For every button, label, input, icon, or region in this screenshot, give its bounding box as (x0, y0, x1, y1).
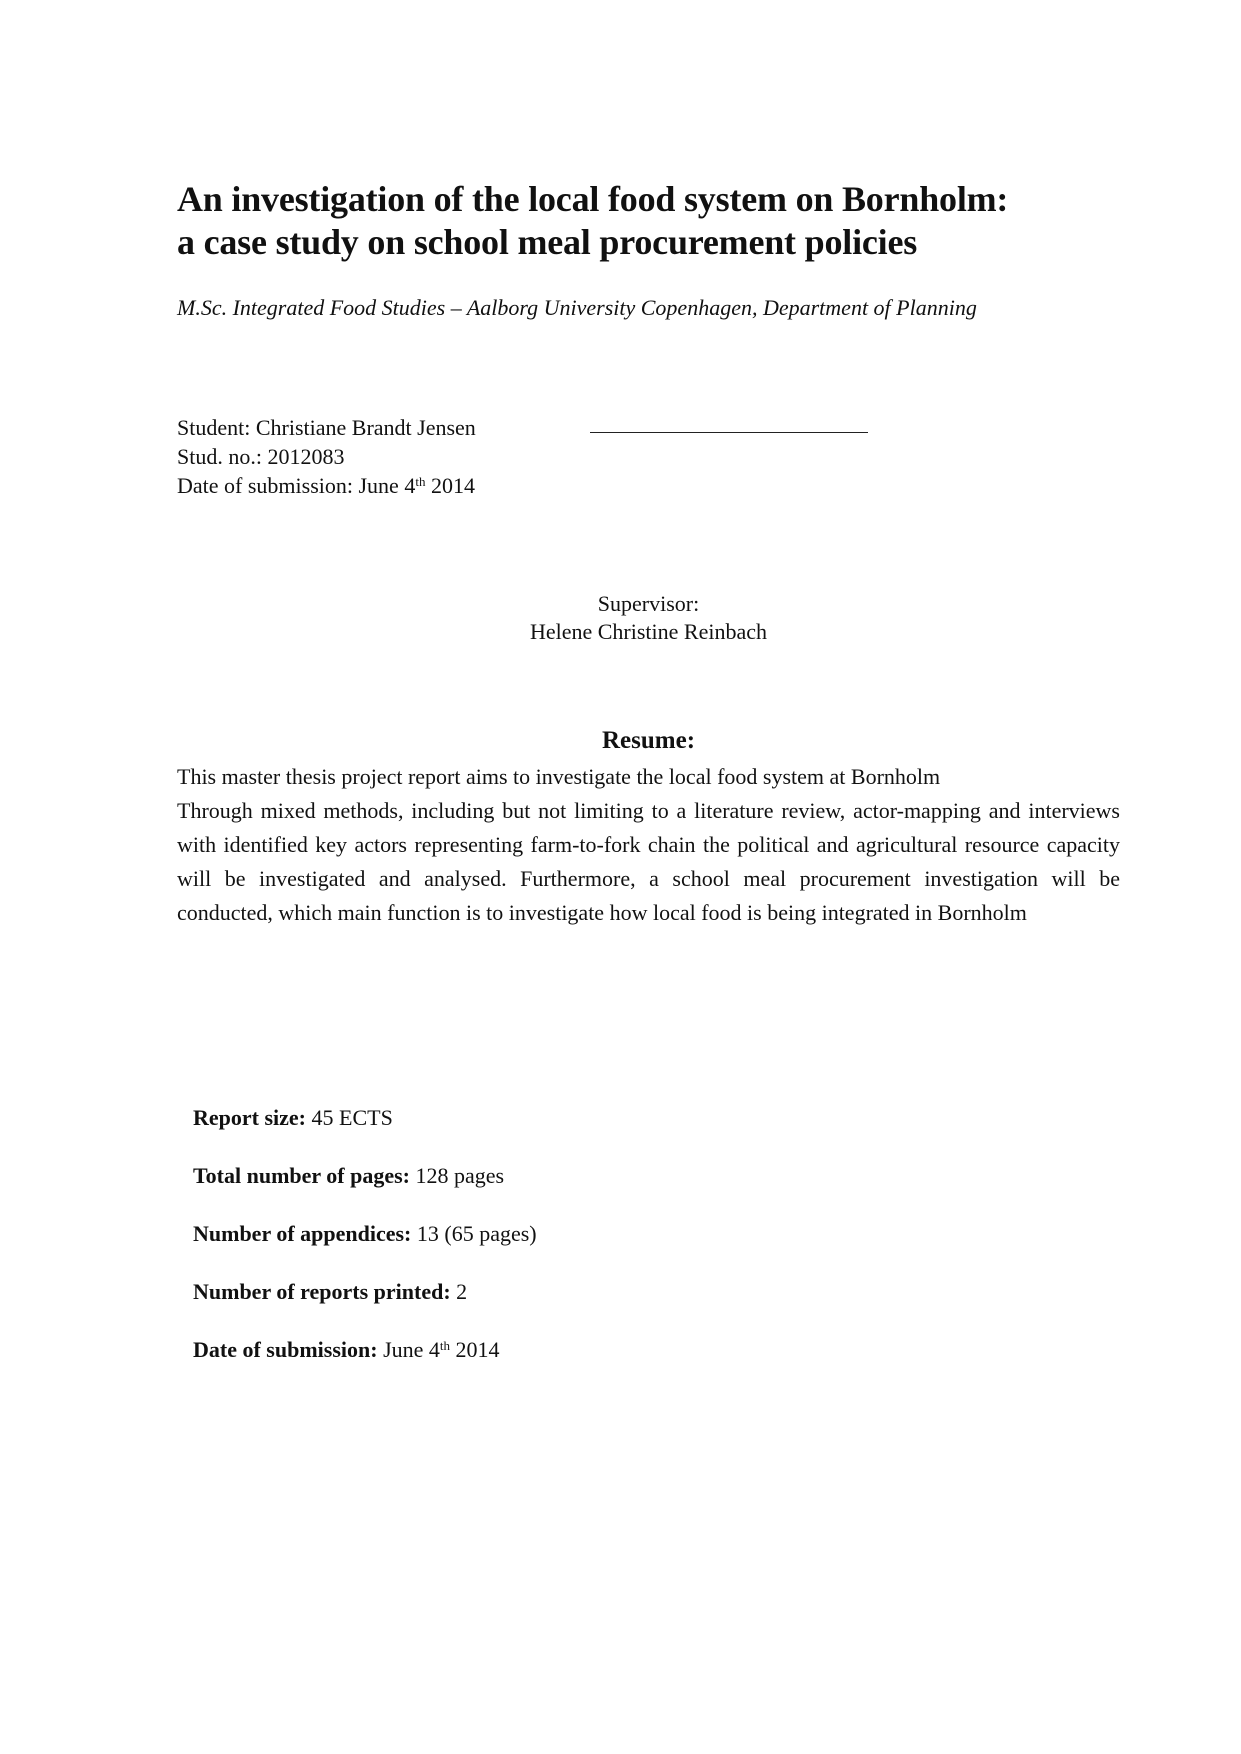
title-line-1: An investigation of the local food syste… (177, 179, 1008, 219)
student-name: Student: Christiane Brandt Jensen (177, 413, 1120, 442)
supervisor-name: Helene Christine Reinbach (177, 618, 1120, 646)
detail-value: 45 ECTS (306, 1105, 393, 1130)
detail-value: 13 (65 pages) (411, 1221, 536, 1246)
detail-reports-printed: Number of reports printed: 2 (193, 1278, 893, 1336)
document-title: An investigation of the local food syste… (177, 178, 1120, 264)
detail-label: Number of reports printed: (193, 1279, 451, 1304)
date-text: Date of submission: June 4 (177, 473, 415, 498)
detail-value: 2 (451, 1279, 468, 1304)
supervisor-label: Supervisor: (177, 590, 1120, 618)
student-info: Student: Christiane Brandt Jensen Stud. … (177, 413, 1120, 500)
date-ordinal: th (415, 474, 425, 489)
title-line-2: a case study on school meal procurement … (177, 222, 917, 262)
date-year: 2014 (450, 1337, 500, 1362)
detail-label: Total number of pages: (193, 1163, 410, 1188)
detail-total-pages: Total number of pages: 128 pages (193, 1162, 893, 1220)
document-page: An investigation of the local food syste… (0, 0, 1241, 1754)
detail-report-size: Report size: 45 ECTS (193, 1104, 893, 1162)
detail-label: Date of submission: (193, 1337, 378, 1362)
detail-submission-date: Date of submission: June 4th 2014 (193, 1336, 893, 1394)
signature-line (590, 432, 868, 433)
program-subtitle: M.Sc. Integrated Food Studies – Aalborg … (177, 294, 1120, 322)
resume-text: Through mixed methods, including but not… (177, 798, 1120, 925)
resume-line-1: This master thesis project report aims t… (177, 764, 940, 789)
detail-label: Number of appendices: (193, 1221, 411, 1246)
resume-heading: Resume: (177, 726, 1120, 756)
date-ordinal: th (440, 1338, 450, 1353)
student-number: Stud. no.: 2012083 (177, 442, 1120, 471)
supervisor-info: Supervisor: Helene Christine Reinbach (177, 590, 1120, 646)
resume-body: This master thesis project report aims t… (177, 760, 1120, 930)
detail-value: 128 pages (410, 1163, 504, 1188)
detail-appendices: Number of appendices: 13 (65 pages) (193, 1220, 893, 1278)
report-details: Report size: 45 ECTS Total number of pag… (193, 1104, 893, 1394)
date-year: 2014 (425, 473, 475, 498)
detail-label: Report size: (193, 1105, 306, 1130)
student-submission-date: Date of submission: June 4th 2014 (177, 471, 1120, 500)
detail-value: June 4 (378, 1337, 440, 1362)
